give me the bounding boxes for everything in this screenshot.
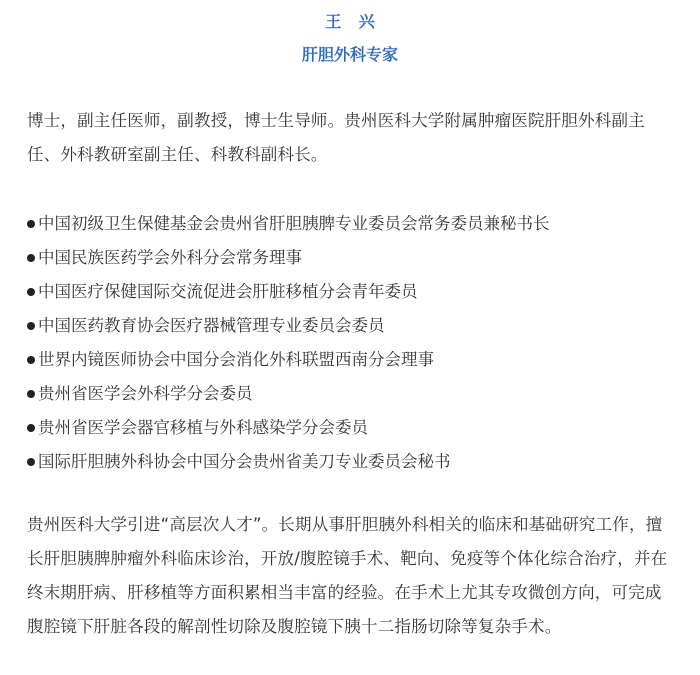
list-item: 中国医疗保健国际交流促进会肝脏移植分会青年委员 bbox=[27, 275, 550, 309]
list-item: 国际肝胆胰外科协会中国分会贵州省美刀专业委员会秘书 bbox=[27, 445, 550, 479]
bullet-icon bbox=[27, 458, 35, 466]
bullet-icon bbox=[27, 322, 35, 330]
bullet-icon bbox=[27, 424, 35, 432]
bullet-icon bbox=[27, 390, 35, 398]
list-item: 中国初级卫生保健基金会贵州省肝胆胰脾专业委员会常务委员兼秘书长 bbox=[27, 207, 550, 241]
bullet-icon bbox=[27, 220, 35, 228]
bullet-icon bbox=[27, 254, 35, 262]
list-item: 贵州省医学会器官移植与外科感染学分会委员 bbox=[27, 411, 550, 445]
description-paragraph: 贵州医科大学引进“高层次人才”。长期从事肝胆胰外科相关的临床和基础研究工作，擅长… bbox=[27, 508, 677, 644]
positions-list: 中国初级卫生保健基金会贵州省肝胆胰脾专业委员会常务委员兼秘书长 中国民族医药学会… bbox=[27, 207, 550, 479]
list-item: 世界内镜医师协会中国分会消化外科联盟西南分会理事 bbox=[27, 343, 550, 377]
bullet-icon bbox=[27, 356, 35, 364]
intro-paragraph: 博士，副主任医师，副教授，博士生导师。贵州医科大学附属肿瘤医院肝胆外科副主任、外… bbox=[27, 104, 677, 172]
list-item: 贵州省医学会外科学分会委员 bbox=[27, 377, 550, 411]
list-item: 中国民族医药学会外科分会常务理事 bbox=[27, 241, 550, 275]
doctor-name: 王 兴 bbox=[0, 9, 700, 32]
list-item: 中国医药教育协会医疗器械管理专业委员会委员 bbox=[27, 309, 550, 343]
doctor-specialty: 肝胆外科专家 bbox=[0, 42, 700, 65]
bullet-icon bbox=[27, 288, 35, 296]
